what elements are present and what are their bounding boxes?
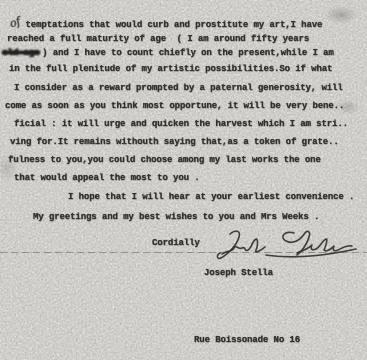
letter-line: ficial : it will urge and quicken the ha… bbox=[14, 119, 348, 129]
letter-line: come as soon as you think most opportune… bbox=[5, 101, 344, 111]
struck-out-word: old age bbox=[2, 48, 39, 58]
letter-line-text: ) and I have to count chiefly on the pre… bbox=[42, 48, 334, 58]
letter-line: oftemptations that would curb and prosti… bbox=[10, 17, 322, 30]
handwritten-signature-joseph-stella bbox=[208, 224, 358, 268]
letter-line: fulness to you,you could choose among my… bbox=[8, 155, 321, 165]
letter-line: that would appeal the most to you . bbox=[14, 173, 200, 183]
letter-line: I hope that I will hear at your earliest… bbox=[68, 192, 354, 202]
letter-line: I consider as a reward prompted by a pat… bbox=[14, 83, 343, 93]
scan-smudge bbox=[318, 2, 364, 28]
fold-crease-line bbox=[0, 252, 367, 253]
letter-line-text: temptations that would curb and prostitu… bbox=[26, 20, 323, 30]
letter-page: oftemptations that would curb and prosti… bbox=[0, 0, 367, 360]
letter-line: reached a full maturity of age ( I am ar… bbox=[7, 34, 309, 44]
letter-line: old age) and I have to count chiefly on … bbox=[2, 48, 334, 58]
letter-line: ving for.It remains withouth saying that… bbox=[10, 137, 339, 147]
typed-signature-name: Joseph Stella bbox=[204, 268, 273, 278]
closing-word: Cordially bbox=[152, 238, 200, 248]
letter-line: My greetings and my best wishes to you a… bbox=[33, 212, 319, 222]
letter-line: in the full plenitude of my artistic pos… bbox=[9, 64, 332, 74]
handwritten-of-mark: of bbox=[8, 15, 22, 31]
address-line: Rue Boissonade No 16 bbox=[194, 335, 300, 345]
